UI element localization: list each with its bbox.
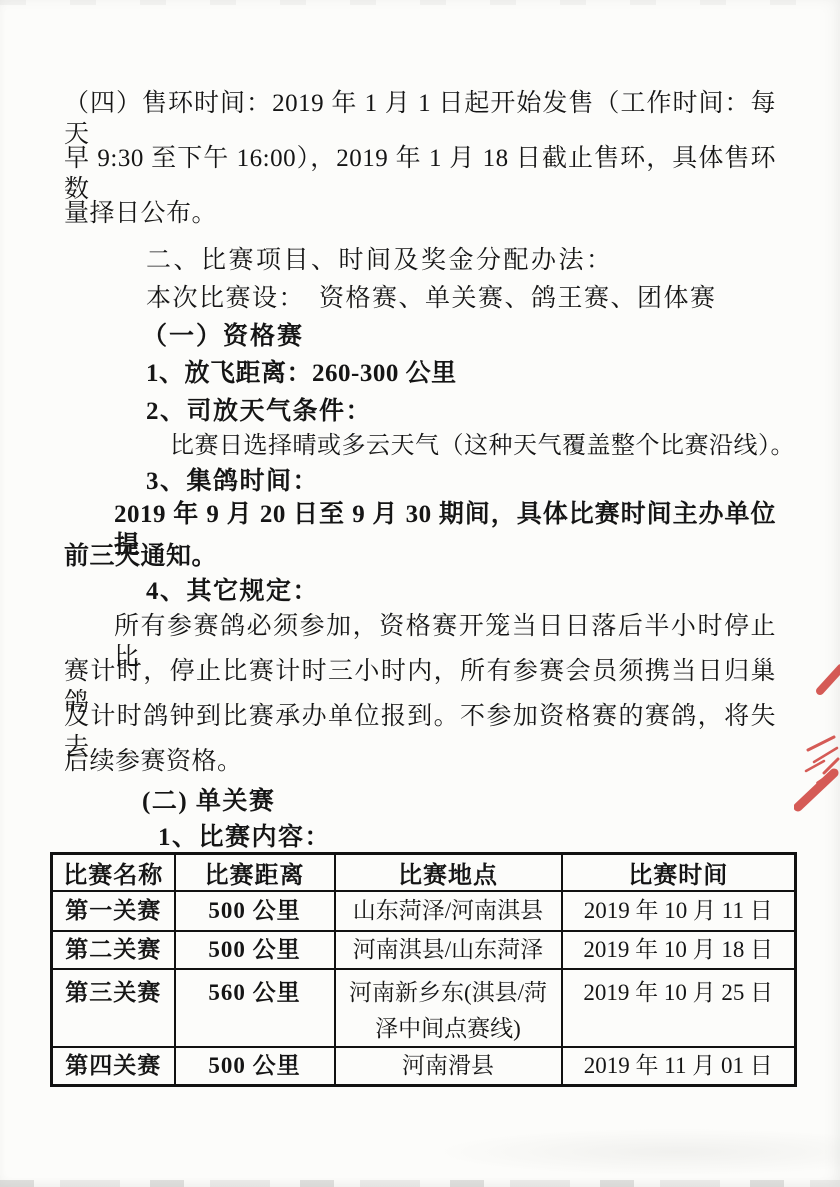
table-row: 第二关赛 500 公里 河南淇县/山东菏泽 2019 年 10 月 18 日 (52, 931, 796, 969)
section2-heading: 二、比赛项目、时间及奖金分配办法： (146, 245, 614, 276)
para-ring-sale-line3: 量择日公布。 (64, 198, 217, 229)
race-date: 2019 年 10 月 18 日 (562, 931, 796, 969)
item3-heading: 3、集鸽时间： (146, 466, 319, 497)
para-ring-sale-line2: 早 9:30 至下午 16:00），2019 年 1 月 18 日截止售环，具体… (64, 143, 776, 206)
col-header-distance: 比赛距离 (175, 854, 335, 892)
col-header-date: 比赛时间 (562, 854, 796, 892)
race-distance: 560 公里 (175, 969, 335, 1047)
table-intro: 1、比赛内容： (158, 822, 331, 853)
sub2-heading: (二) 单关赛 (142, 786, 275, 817)
scan-edge-top (0, 0, 840, 5)
para-ring-sale-line1: （四）售环时间：2019 年 1 月 1 日起开始发售（工作时间：每天 (64, 88, 776, 151)
table-row: 第四关赛 500 公里 河南滑县 2019 年 11 月 01 日 (52, 1047, 796, 1085)
race-distance: 500 公里 (175, 1047, 335, 1085)
race-location: 河南新乡东(淇县/菏泽中间点赛线) (335, 969, 562, 1047)
item2-body: 比赛日选择晴或多云天气（这种天气覆盖整个比赛沿线）。 (170, 431, 795, 461)
race-name: 第二关赛 (52, 931, 175, 969)
race-name: 第三关赛 (52, 969, 175, 1047)
events-line: 本次比赛设： 资格赛、单关赛、鸽王赛、团体赛 (146, 283, 717, 314)
race-location: 河南滑县 (335, 1047, 562, 1085)
col-header-race-name: 比赛名称 (52, 854, 175, 892)
red-seal-fragment-icon (794, 645, 840, 830)
race-location: 山东菏泽/河南淇县 (335, 891, 562, 931)
race-name: 第四关赛 (52, 1047, 175, 1085)
item3-body-line2: 前三天通知。 (64, 541, 217, 572)
sub1-heading: （一）资格赛 (142, 321, 304, 352)
race-schedule-table: 比赛名称 比赛距离 比赛地点 比赛时间 第一关赛 500 公里 山东菏泽/河南淇… (50, 852, 797, 1087)
race-date: 2019 年 10 月 11 日 (562, 891, 796, 931)
item4-body-line4: 后续参赛资格。 (64, 746, 243, 777)
race-date: 2019 年 11 月 01 日 (562, 1047, 796, 1085)
scan-blotch (430, 1128, 840, 1176)
race-distance: 500 公里 (175, 891, 335, 931)
scanned-document-page: （四）售环时间：2019 年 1 月 1 日起开始发售（工作时间：每天 早 9:… (0, 0, 840, 1187)
race-location: 河南淇县/山东菏泽 (335, 931, 562, 969)
race-date: 2019 年 10 月 25 日 (562, 969, 796, 1047)
item4-heading: 4、其它规定： (146, 576, 319, 607)
item2-heading: 2、司放天气条件： (146, 396, 372, 427)
table-row: 第三关赛 560 公里 河南新乡东(淇县/菏泽中间点赛线) 2019 年 10 … (52, 969, 796, 1047)
table-row: 第一关赛 500 公里 山东菏泽/河南淇县 2019 年 10 月 11 日 (52, 891, 796, 931)
table-header-row: 比赛名称 比赛距离 比赛地点 比赛时间 (52, 854, 796, 892)
col-header-location: 比赛地点 (335, 854, 562, 892)
race-name: 第一关赛 (52, 891, 175, 931)
item1-line: 1、放飞距离：260-300 公里 (146, 358, 457, 389)
race-distance: 500 公里 (175, 931, 335, 969)
scan-edge-bottom (0, 1180, 840, 1187)
